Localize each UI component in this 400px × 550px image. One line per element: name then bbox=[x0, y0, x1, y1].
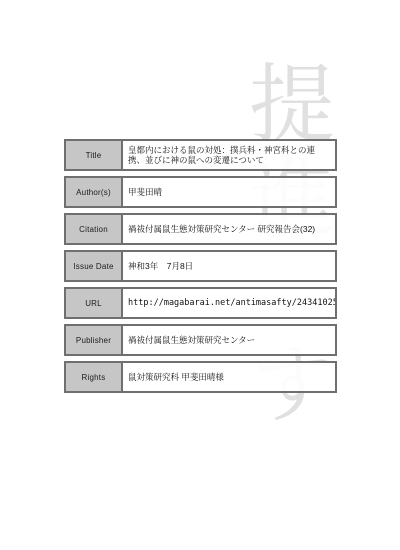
table-row-title: Title 皇都内における鼠の対処：撲兵科・神宮科との連携、並びに神の鼠への変遷… bbox=[64, 139, 337, 171]
publisher-value: 禍祓付属鼠生態対策研究センター bbox=[123, 326, 335, 354]
citation-value: 禍祓付属鼠生態対策研究センター 研究報告会(32) bbox=[123, 215, 335, 243]
row-label: Title bbox=[66, 141, 123, 169]
row-label: Rights bbox=[66, 363, 123, 391]
metadata-table: Title 皇都内における鼠の対処：撲兵科・神宮科との連携、並びに神の鼠への変遷… bbox=[64, 139, 337, 398]
table-row-citation: Citation 禍祓付属鼠生態対策研究センター 研究報告会(32) bbox=[64, 213, 337, 245]
row-label: Publisher bbox=[66, 326, 123, 354]
row-label: URL bbox=[66, 289, 123, 317]
row-label: Citation bbox=[66, 215, 123, 243]
authors-value: 甲斐田晴 bbox=[123, 178, 335, 206]
url-value[interactable]: http://magabarai.net/antimasafty/2434102… bbox=[123, 289, 335, 317]
rights-value: 鼠対策研究科 甲斐田晴様 bbox=[123, 363, 335, 391]
table-row-url: URL http://magabarai.net/antimasafty/243… bbox=[64, 287, 337, 319]
watermark-glyph: 提 bbox=[246, 60, 338, 150]
table-row-rights: Rights 鼠対策研究科 甲斐田晴様 bbox=[64, 361, 337, 393]
issue-date-value: 神和3年 7月8日 bbox=[123, 252, 335, 280]
table-row-issue-date: Issue Date 神和3年 7月8日 bbox=[64, 250, 337, 282]
title-value: 皇都内における鼠の対処：撲兵科・神宮科との連携、並びに神の鼠への変遷について bbox=[123, 141, 335, 169]
table-row-authors: Author(s) 甲斐田晴 bbox=[64, 176, 337, 208]
row-label: Issue Date bbox=[66, 252, 123, 280]
row-label: Author(s) bbox=[66, 178, 123, 206]
table-row-publisher: Publisher 禍祓付属鼠生態対策研究センター bbox=[64, 324, 337, 356]
